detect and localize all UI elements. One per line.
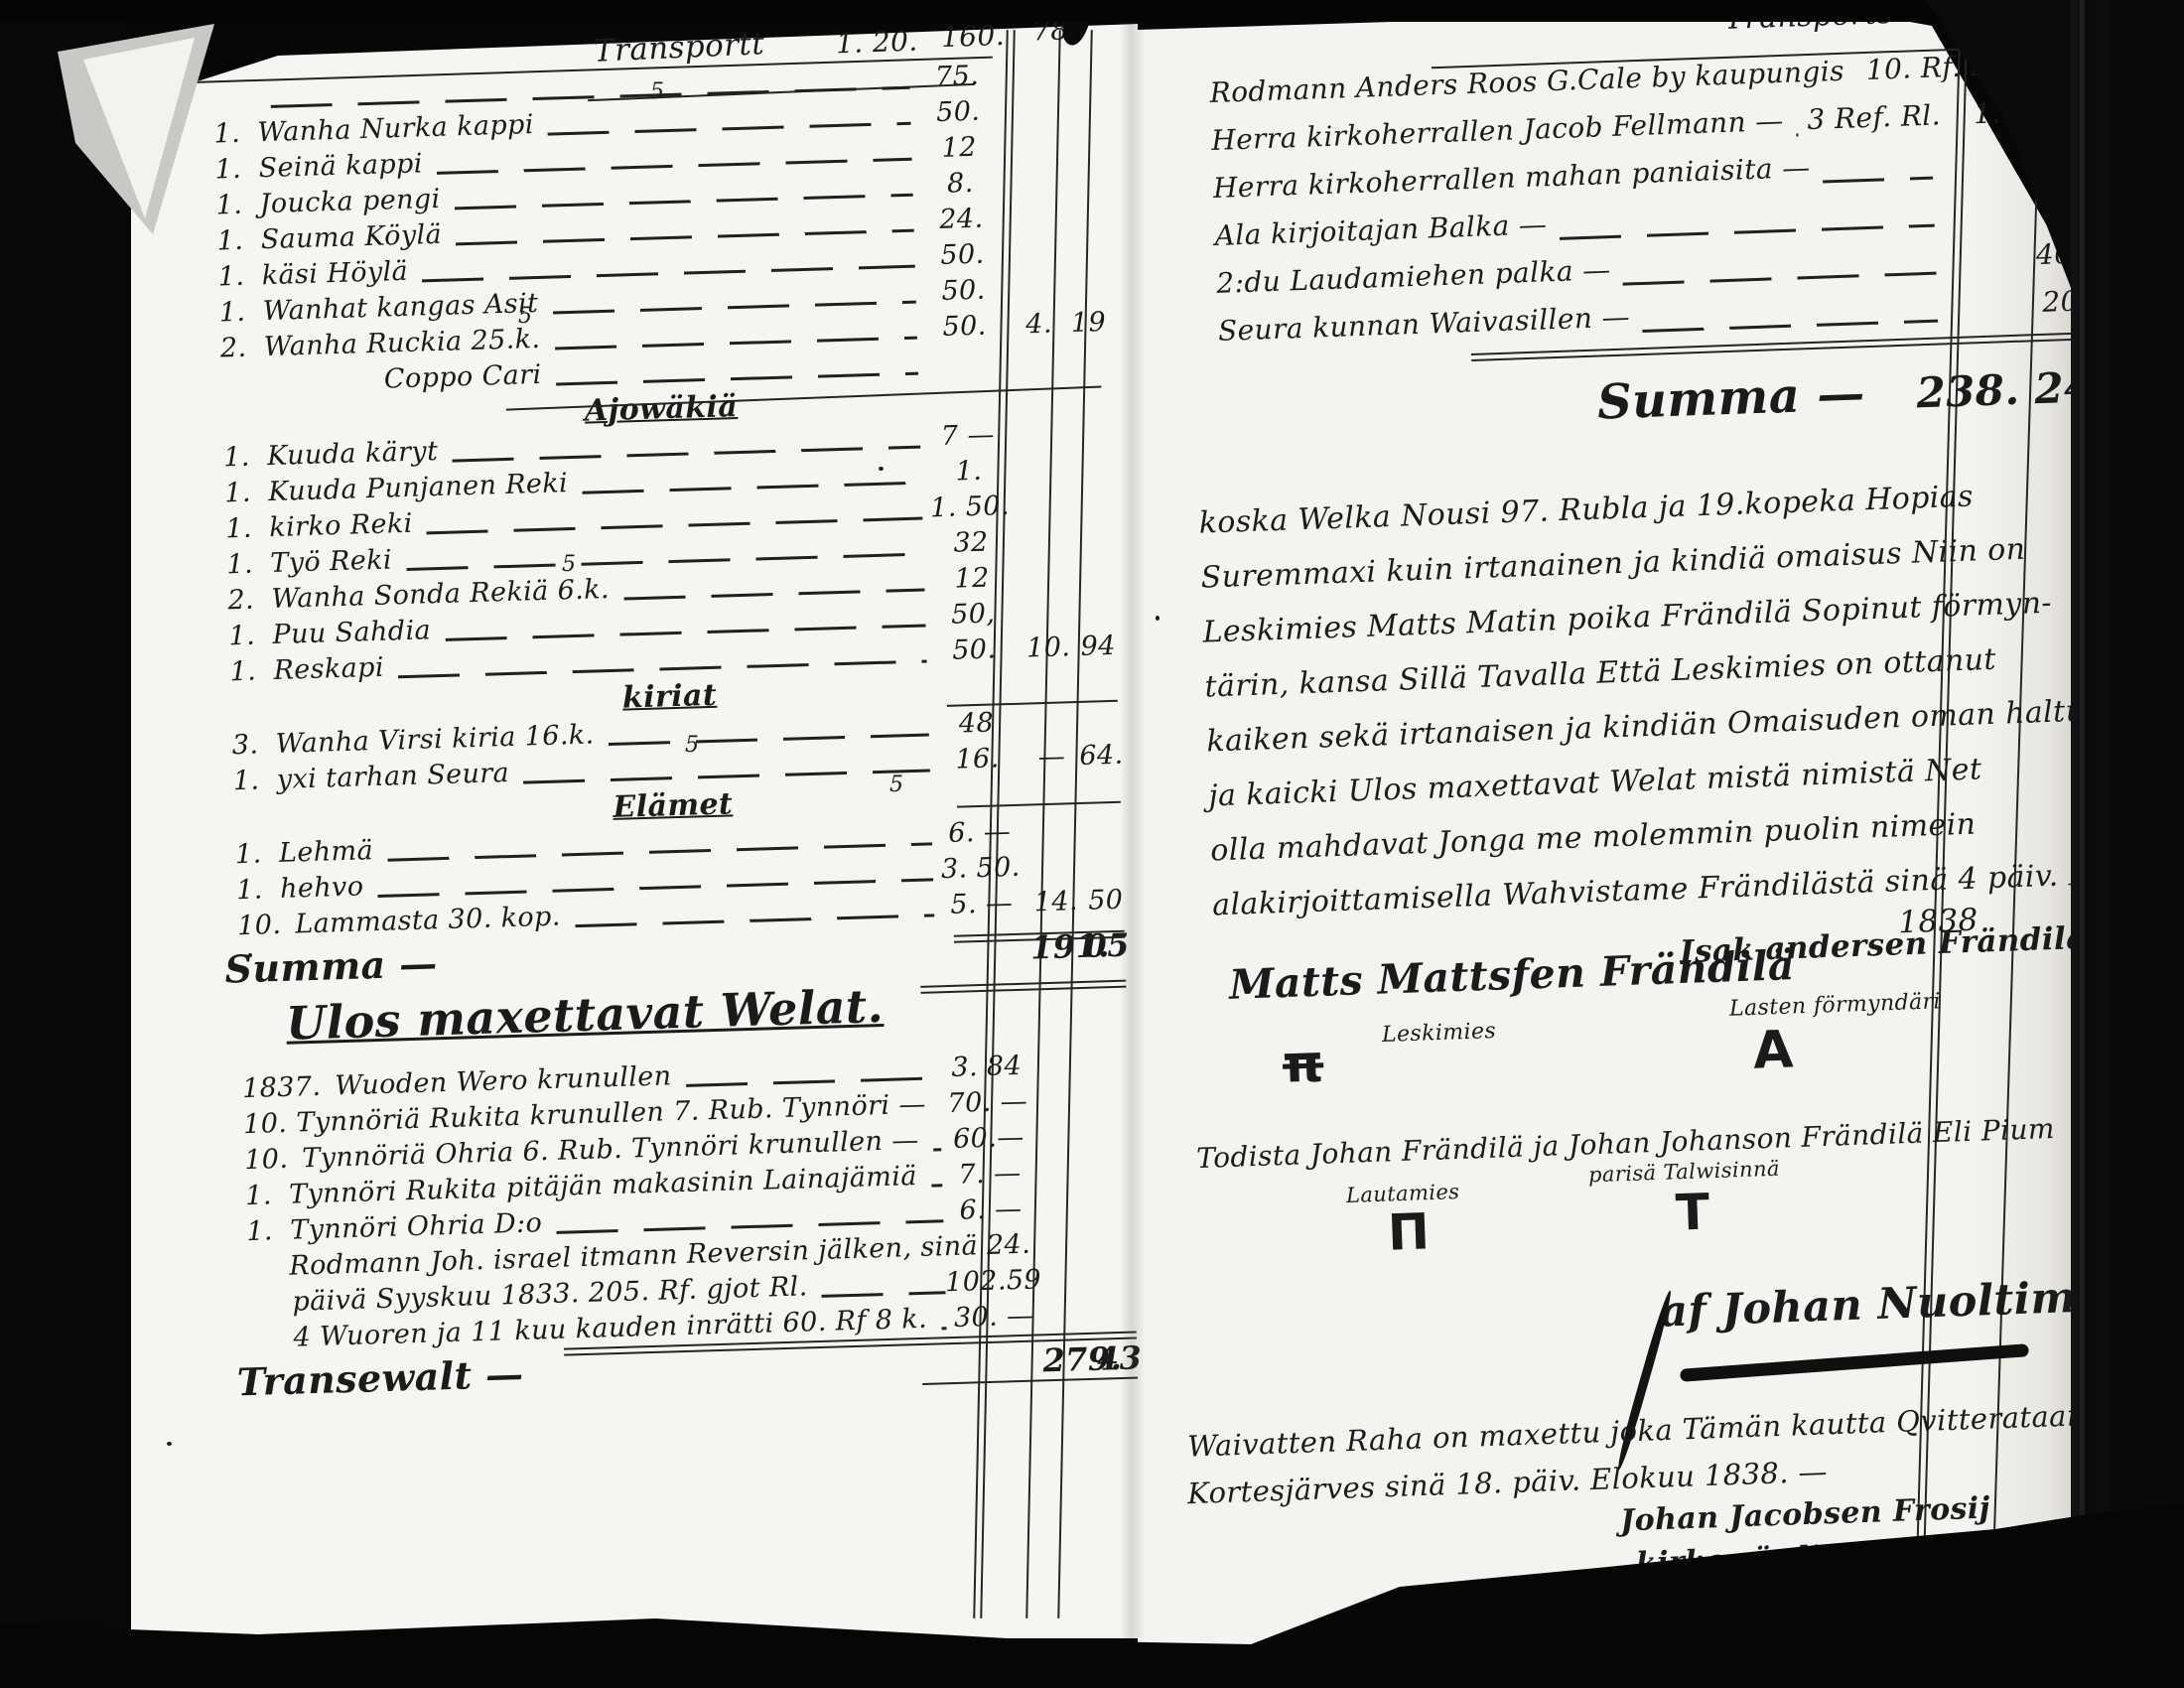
book-spine-edge [2071, 0, 2184, 1688]
row-label: Kuuda käryt [267, 436, 453, 473]
row-amount [912, 959, 1031, 963]
row-quantity: 1. [231, 1180, 290, 1212]
row-quantity: 2. [213, 584, 272, 617]
row-quantity: 2. [205, 332, 264, 364]
row-amount-col3 [1062, 188, 1108, 189]
row-amount-col2 [1037, 1180, 1091, 1182]
row-label: Työ Reki [270, 544, 406, 579]
agreement-paragraph: koska Welka Nousi 97. Rubla ja 19.kopeka… [1198, 465, 2112, 932]
debts-table: Rodmann Anders Roos G.Cale by kaupungis … [1183, 46, 2091, 362]
row-amount-col3 [1059, 116, 1105, 117]
row-amount-col2 [1024, 729, 1078, 731]
row-amount-col2 [1028, 874, 1082, 876]
row-quantity: 1. [232, 1215, 291, 1248]
row-amount-col2 [1009, 189, 1062, 191]
row-amount: 102.59 [945, 1264, 1041, 1298]
row-amount-col2 [1041, 1323, 1095, 1325]
row-quantity [235, 1311, 293, 1313]
row-label: hehvo [280, 871, 378, 905]
row-amount: 24. [913, 203, 1010, 236]
row-amount-col2 [1006, 117, 1059, 119]
row-label: Joucka pengi [259, 183, 455, 219]
row-amount: 60.— [940, 1121, 1036, 1155]
row-amount-col3 [1060, 152, 1106, 153]
row-amount: 8. [912, 167, 1009, 201]
row-quantity: 1837. [228, 1070, 336, 1104]
row-amount: 5. — [933, 888, 1029, 921]
row-amount: 12 [911, 131, 1008, 165]
row-amount: 1. 50. [922, 491, 1019, 524]
row-label: Lehmä [279, 835, 388, 869]
dash-leader [552, 300, 915, 314]
signature-role: Leskimies [1382, 1019, 1497, 1048]
row-label: käsi Höylä [261, 255, 422, 291]
row-quantity: 1. [209, 441, 268, 474]
ink-speck [1156, 616, 1160, 621]
summa-row: Summa — 238. 24 [1193, 340, 2095, 481]
row-quantity: 1. [222, 874, 281, 907]
row-amount-col2 [1040, 1287, 1094, 1289]
row-amount-col2: — [1024, 741, 1079, 774]
row-note [1933, 172, 1953, 173]
signature-mark-icon: π [1282, 1034, 1324, 1094]
signature-mark-icon: A [1752, 1020, 1794, 1080]
inventory-table: 75. 1. Wanha Nurka kappi 50. 1. Seinä ka… [199, 57, 1143, 1411]
row-amount-col3 [1069, 440, 1115, 441]
dash-leader [523, 769, 930, 783]
row-quantity: 1. [215, 655, 274, 688]
dash-leader [686, 1076, 939, 1087]
row-amount: 75. [909, 60, 1006, 93]
row-amount-col3 [1072, 547, 1118, 548]
row-amount-col2: 279. [1042, 1340, 1097, 1380]
summa-label: Summa — [1596, 365, 1866, 430]
scan-border-left [0, 0, 131, 1688]
row-quantity: 1. [221, 838, 280, 871]
row-note [1935, 219, 1955, 220]
row-amount-col2 [1021, 620, 1074, 622]
row-amount [924, 1371, 1043, 1375]
dash-leader [933, 1148, 941, 1151]
row-quantity: 1. [211, 512, 270, 545]
row-quantity: 10. [223, 909, 296, 941]
row-quantity [207, 391, 265, 393]
witness-mark-icon: Π [1387, 1202, 1431, 1261]
row-label: Elämet [613, 786, 734, 825]
dash-leader [556, 1219, 943, 1234]
row-amount: 7 — [919, 419, 1016, 453]
transport-header-amount: 160. [940, 19, 1005, 54]
row-amount: 50. [910, 95, 1007, 129]
row-amount-col3 [1078, 728, 1124, 729]
row-quantity: 1. [218, 765, 277, 797]
row-label: kirko Reki [269, 507, 427, 543]
row-amount-col2: 14. [1028, 886, 1083, 918]
row-amount-col2: 4. [1012, 308, 1066, 341]
row-amount-col3: 64. [1078, 740, 1125, 772]
row-amount-col2 [1016, 441, 1069, 443]
dash-leader [575, 914, 934, 927]
row-amount-col2 [1018, 512, 1071, 514]
row-amount: 6. — [943, 1193, 1039, 1226]
witness-mark-icon: T [1675, 1183, 1710, 1241]
row-amount-col2 [1036, 1144, 1090, 1146]
dash-leader [1623, 271, 1937, 285]
row-amount-col2 [1007, 153, 1060, 155]
dash-leader [582, 481, 921, 493]
row-amount: 50. [914, 238, 1011, 272]
row-amount: 3. 84 [938, 1050, 1034, 1083]
dash-leader [548, 121, 911, 135]
row-amount-col3 [1071, 511, 1117, 512]
row-quantity [200, 105, 257, 107]
summa-amount: 238. 24 [1864, 362, 2095, 419]
row-amount [1953, 169, 2026, 172]
row-amount [1958, 312, 2031, 315]
transport-header-amount: 1. 20. [835, 25, 918, 61]
dash-leader [555, 336, 917, 350]
page-gutter [1120, 10, 1146, 1638]
row-amount-col2 [1019, 548, 1072, 550]
row-quantity: 1. [210, 477, 269, 509]
row-amount: 48 [928, 707, 1024, 741]
row-quantity: 1. [201, 153, 259, 186]
row-label: yxi tarhan Seura [276, 758, 523, 795]
scan-border-top [0, 0, 2184, 22]
row-amount-col2 [1038, 1215, 1092, 1217]
row-note: 3 Ref. Rl. [1797, 98, 1952, 136]
row-quantity: 3. [217, 729, 276, 762]
row-amount-col3 [1063, 223, 1109, 224]
row-amount-col3 [1074, 619, 1120, 620]
row-amount-col3 [1070, 476, 1116, 477]
row-label: Seinä kappi [258, 148, 437, 184]
row-amount-col2 [1027, 838, 1081, 840]
row-amount: 70. — [939, 1085, 1035, 1119]
dash-leader [822, 1291, 946, 1298]
dash-leader [623, 588, 924, 600]
row-label: Reskapi [273, 651, 398, 686]
row-quantity: 1. [200, 117, 258, 150]
dash-leader [1560, 223, 1935, 239]
row-label: Tynnöri Ohria D:o [290, 1207, 557, 1246]
row-amount-col2 [1017, 477, 1070, 479]
row-amount: 3. 50. [932, 852, 1028, 886]
row-label: Sauma Köylä [260, 218, 456, 255]
row-amount [1956, 264, 2029, 267]
row-amount-col2 [1012, 296, 1065, 298]
row-amount-col2 [1010, 224, 1063, 226]
row-quantity: 1. [204, 260, 262, 293]
row-amount-col3 [1058, 80, 1104, 81]
row-amount: 50. [915, 274, 1012, 308]
dash-leader [556, 371, 918, 385]
settlement-section: Transports — 279. 4 Rodmann Anders Roos … [1181, 0, 2112, 932]
row-amount-col2 [1020, 584, 1073, 586]
row-amount: 30. — [946, 1300, 1042, 1334]
row-amount-col2 [1035, 1108, 1089, 1110]
dash-leader [1823, 176, 1933, 183]
row-label: Puu Sahdia [272, 615, 445, 650]
row-amount-col2 [1014, 367, 1067, 369]
row-amount [918, 369, 1014, 372]
dash-leader [931, 1184, 942, 1187]
row-amount-col2: 10. [1022, 632, 1076, 664]
row-amount-col3 [1067, 366, 1113, 367]
row-amount-col3 [1065, 295, 1111, 296]
row-quantity: 1. [205, 296, 263, 329]
row-amount-col3: 94 [1075, 631, 1122, 662]
dash-leader [1642, 319, 1938, 332]
row-amount-col3 [1064, 259, 1110, 260]
dash-leader [609, 733, 929, 746]
row-amount: 12 [924, 562, 1021, 596]
row-quantity [236, 1346, 294, 1348]
row-quantity: 1. [214, 620, 273, 652]
row-amount: 32 [923, 526, 1020, 560]
row-amount: 16. [929, 743, 1025, 776]
row-amount: 1. [920, 455, 1017, 489]
row-amount [1955, 216, 2028, 219]
row-quantity: 1. [203, 224, 261, 257]
row-amount-col3 [1073, 583, 1119, 584]
row-amount-col2 [1005, 81, 1058, 83]
ink-speck [879, 467, 884, 471]
row-quantity: 10. [230, 1143, 303, 1176]
row-label: Ajowäkiä [584, 389, 738, 429]
row-amount: 6. — [931, 816, 1027, 850]
row-quantity: 1. [212, 548, 271, 581]
row-quantity: 10. [229, 1108, 297, 1141]
row-amount: 7. — [941, 1157, 1037, 1191]
manuscript-scan: Transportt 1. 20. 160. 78 5 5 5 5 5 75. … [0, 0, 2184, 1688]
row-amount-col2 [1011, 260, 1064, 262]
row-amount-col3: 19 [1065, 307, 1112, 339]
row-quantity: 1. [202, 189, 260, 221]
row-label: kiriat [621, 678, 717, 716]
row-note [1938, 315, 1958, 316]
ink-speck [167, 1442, 172, 1446]
row-amount: 50, [925, 598, 1022, 632]
ink-speck [248, 953, 252, 957]
row-amount: 50. [916, 310, 1013, 344]
row-note [1936, 267, 1956, 268]
row-amount: 50. [926, 633, 1023, 667]
row-amount-col2 [1034, 1072, 1088, 1074]
